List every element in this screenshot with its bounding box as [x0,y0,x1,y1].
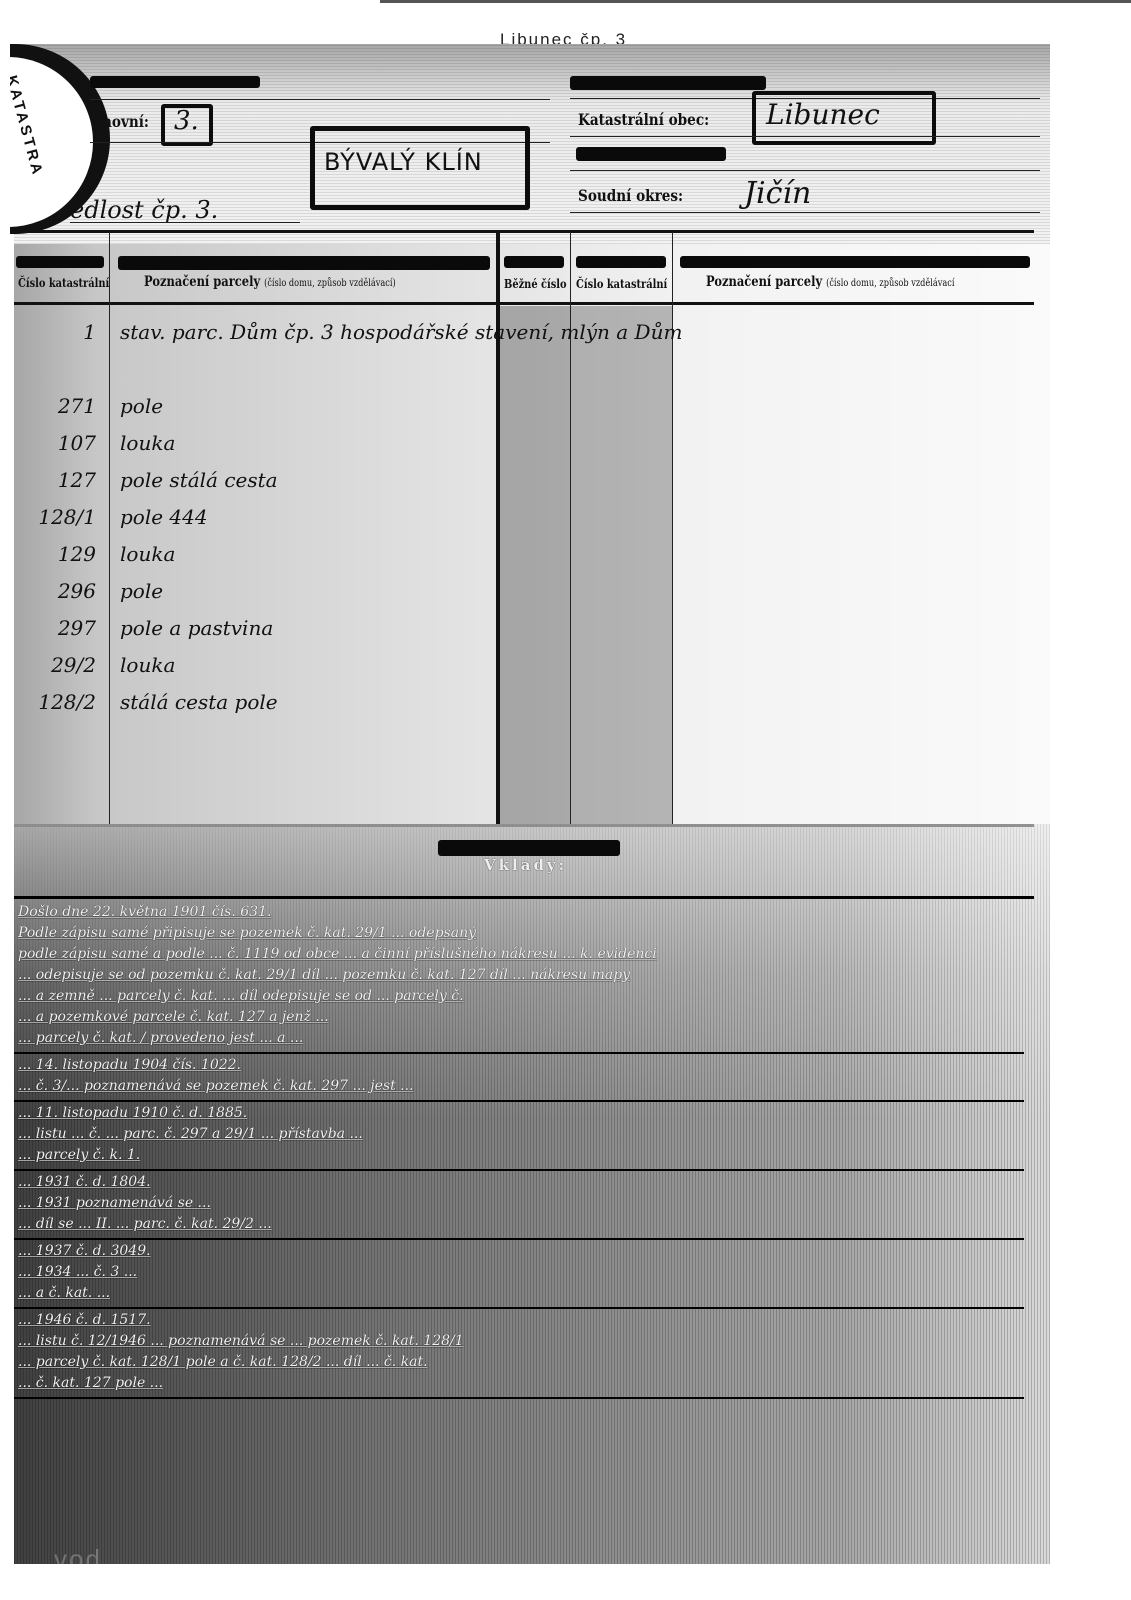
table-bottom-border [14,824,1034,827]
cislo-katastralni-column-shade [571,306,672,824]
redacted-section-title [438,840,620,856]
vlozka-value: 3. [174,106,199,136]
vklad-entry-line: ... č. 3/... poznamenává se pozemek č. k… [18,1076,1028,1097]
vklad-entry-line: ... 1937 č. d. 3049. [18,1241,1028,1262]
parcel-number: 29/2 [16,653,96,677]
col-bezne-cislo: Běžné číslo [504,277,567,291]
vklad-entry-line: ... listu č. 12/1946 ... poznamenává se … [18,1331,1028,1352]
redacted-column-header [118,256,490,270]
parcel-description: pole [120,394,163,418]
parcel-number: 297 [16,616,96,640]
vklad-entry-line: ... odepisuje se od pozemku č. kat. 29/1… [18,965,1028,986]
redacted-field-label [576,147,726,161]
vklad-entry-line: ... a pozemkové parcele č. kat. 127 a je… [18,1007,1028,1028]
table-top-border [14,230,1034,233]
katastralni-obec-value: Libunec [766,98,880,131]
vklad-entry-line: ... 1931 č. d. 1804. [18,1172,1028,1193]
soudni-okres-label: Soudní okres: [578,186,683,205]
vklad-entry-line: ... parcely č. kat. 128/1 pole a č. kat.… [18,1352,1028,1373]
redacted-column-header [576,256,666,268]
header-rule [570,170,1040,171]
parcel-number: 271 [16,394,96,418]
vklad-entry-divider [14,1307,1024,1309]
parcel-number: 1 [16,320,96,344]
col-poznaceni-parcely-right: Poznačení parcely (číslo domu, způsob vz… [706,274,955,290]
vklad-entry: ... 14. listopadu 1904 čís. 1022.... č. … [18,1055,1028,1097]
vklad-entry-line: ... 11. listopadu 1910 č. d. 1885. [18,1103,1028,1124]
bezne-cislo-column-shade [500,306,570,824]
header-rule [90,99,550,100]
vklad-entry-divider [14,1052,1024,1054]
vklad-entry: ... 11. listopadu 1910 č. d. 1885.... li… [18,1103,1028,1166]
parcel-description: pole a pastvina [120,616,273,640]
parcel-number: 129 [16,542,96,566]
parcel-number: 296 [16,579,96,603]
vklad-entry-line: ... díl se ... II. ... parc. č. kat. 29/… [18,1214,1028,1235]
header-rule [570,136,1040,137]
parcel-number: 128/2 [16,690,96,714]
land-register-sheet: KATASTRA hovní: 3. BÝVALÝ KLÍN edlost čp… [14,44,1050,1564]
vklad-entry-divider [14,1169,1024,1171]
redacted-header-left [90,76,260,88]
parcel-description: louka [120,431,175,455]
column-divider [109,232,110,824]
col-poznaceni-parcely: Poznačení parcely (číslo domu, způsob vz… [144,274,396,290]
vklad-entry: ... 1946 č. d. 1517.... listu č. 12/1946… [18,1310,1028,1394]
parcel-description: pole [120,579,163,603]
vklad-entry: Došlo dne 22. května 1901 čís. 631.Podle… [18,902,1028,1049]
redacted-header-right [570,76,766,90]
parcel-description: pole stálá cesta [120,468,278,492]
parcel-description: louka [120,542,175,566]
col-poznaceni-parcely-note: (číslo domu, způsob vzdělávací) [264,278,396,289]
table-header-border [14,302,1034,305]
parcel-number: 107 [16,431,96,455]
header-rule [570,212,1040,213]
vklad-entry-line: ... parcely č. k. 1. [18,1145,1028,1166]
redacted-column-header [16,256,104,268]
scan-top-border [380,0,1131,3]
vklady-top-border [14,896,1034,899]
col-cislo-katastralni: Číslo katastrální [18,276,109,290]
vklad-entry-divider [14,1238,1024,1240]
vklad-entry-line: ... 14. listopadu 1904 čís. 1022. [18,1055,1028,1076]
header-rule [70,222,300,223]
vklad-entry-line: ... č. kat. 127 pole ... [18,1373,1028,1394]
redacted-column-header [504,256,564,268]
parcel-number: 127 [16,468,96,492]
vklad-entry-line: podle zápisu samé a podle ... č. 1119 od… [18,944,1028,965]
vklad-entry-line: ... listu ... č. ... parc. č. 297 a 29/1… [18,1124,1028,1145]
parcel-description: stálá cesta pole [120,690,278,714]
vklad-entry-divider [14,1100,1024,1102]
soudni-okres-value: Jičín [744,176,811,211]
vklad-entry-line: ... a zemně ... parcely č. kat. ... díl … [18,986,1028,1007]
redacted-column-header [680,256,1030,268]
vklad-entry-line: ... 1934 ... č. 3 ... [18,1262,1028,1283]
vklad-entry-divider [14,1397,1024,1399]
vklad-entry: ... 1931 č. d. 1804.... 1931 poznamenává… [18,1172,1028,1235]
col-cislo-katastralni-right: Číslo katastrální [576,277,667,291]
vklad-entry-line: Podle zápisu samé připisuje se pozemek č… [18,923,1028,944]
katastralni-obec-label: Katastrální obec: [578,110,709,129]
col-poznaceni-parcely-right-note: (číslo domu, způsob vzdělávací [826,278,954,289]
col-poznaceni-parcely-title: Poznačení parcely [144,274,260,290]
vklady-title: Vklady: [484,856,567,874]
vklad-entry-line: ... 1931 poznamenává se ... [18,1193,1028,1214]
vlozka-label: hovní: [102,112,149,131]
watermark: vod... [54,1544,130,1575]
col-poznaceni-parcely-right-title: Poznačení parcely [706,274,822,290]
vklad-entry-line: Došlo dne 22. května 1901 čís. 631. [18,902,1028,923]
stamp-text: BÝVALÝ KLÍN [324,148,483,176]
parcel-description: pole 444 [120,505,208,529]
vklad-entry-line: ... parcely č. kat. / provedeno jest ...… [18,1028,1028,1049]
parcel-description: stav. parc. Dům čp. 3 hospodářské staven… [120,320,682,344]
vklad-entry-line: ... 1946 č. d. 1517. [18,1310,1028,1331]
parcel-number: 128/1 [16,505,96,529]
parcel-description: louka [120,653,175,677]
vklad-entry-line: ... a č. kat. ... [18,1283,1028,1304]
vklad-entry: ... 1937 č. d. 3049.... 1934 ... č. 3 ..… [18,1241,1028,1304]
nemovitost-text: edlost čp. 3. [70,196,218,224]
